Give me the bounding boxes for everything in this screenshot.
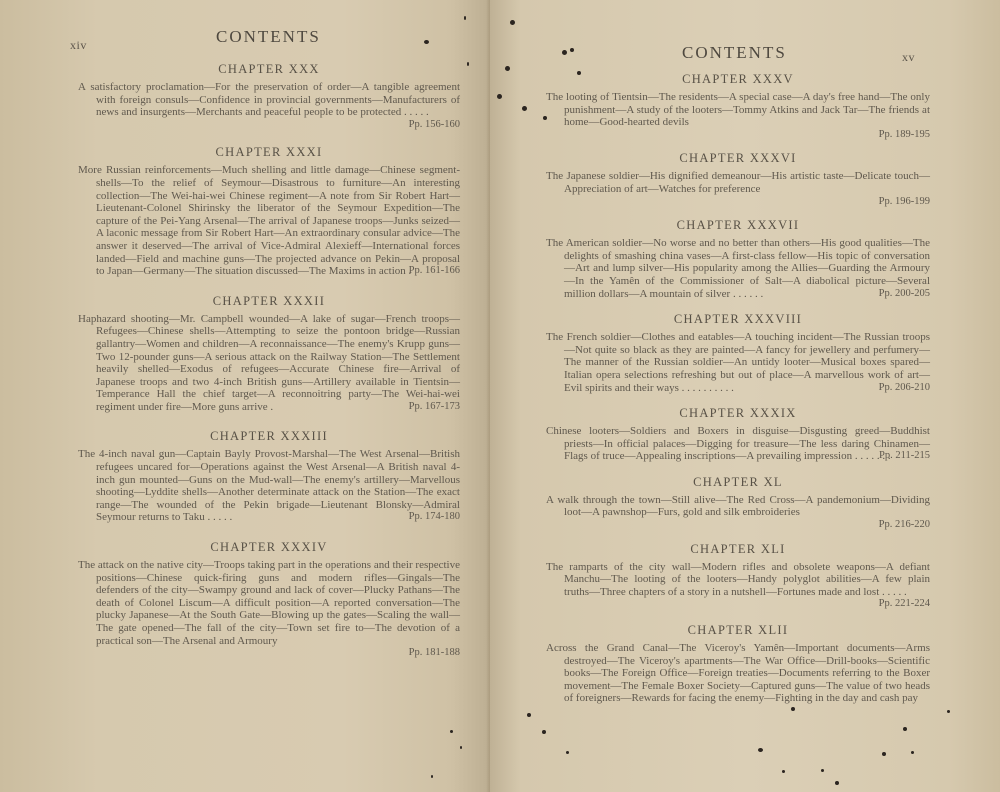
- chapter-synopsis: The attack on the native city—Troops tak…: [78, 559, 460, 660]
- synopsis-text: The attack on the native city—Troops tak…: [78, 559, 460, 647]
- foxing-speck: [947, 710, 950, 713]
- left-page: xiv CONTENTS CHAPTER XXX A satisfactory …: [0, 0, 490, 792]
- synopsis-text: More Russian reinforcements—Much shellin…: [78, 164, 460, 277]
- chapter-entry: CHAPTER XLI The ramparts of the city wal…: [546, 542, 930, 611]
- contents-column-right: CHAPTER XXXV The looting of Tientsin—The…: [546, 72, 930, 715]
- chapter-synopsis: The 4-inch naval gun—Captain Bayly Provo…: [78, 448, 460, 524]
- foxing-speck: [542, 730, 546, 734]
- chapter-entry: CHAPTER XXXVIII The French soldier—Cloth…: [546, 312, 930, 394]
- chapter-title: CHAPTER XXXVI: [546, 151, 930, 166]
- chapter-title: CHAPTER XXXII: [78, 294, 460, 309]
- foxing-speck: [570, 48, 574, 52]
- synopsis-text: Chinese looters—Soldiers and Boxers in d…: [546, 425, 930, 462]
- page-number-left: xiv: [70, 38, 87, 53]
- foxing-speck: [577, 71, 581, 75]
- page-range: Pp. 189-195: [564, 129, 930, 142]
- right-page: CONTENTS xv CHAPTER XXXV The looting of …: [490, 0, 1000, 792]
- chapter-title: CHAPTER XXXI: [78, 145, 460, 160]
- synopsis-text: The American soldier—No worse and no bet…: [546, 237, 930, 299]
- chapter-title: CHAPTER XXXIV: [78, 540, 460, 555]
- chapter-title: CHAPTER XXXVIII: [546, 312, 930, 327]
- chapter-title: CHAPTER XXX: [78, 62, 460, 77]
- chapter-entry: CHAPTER XXXIV The attack on the native c…: [78, 540, 460, 660]
- page-range: Pp. 211-215: [891, 450, 930, 463]
- page-range: Pp. 167-173: [421, 401, 460, 414]
- page-range: Pp. 200-205: [891, 288, 930, 301]
- foxing-speck: [467, 62, 469, 66]
- page-range: Pp. 206-210: [891, 382, 930, 395]
- page-number-right: xv: [902, 50, 915, 65]
- foxing-speck: [911, 751, 914, 754]
- chapter-entry: CHAPTER XXXIX Chinese looters—Soldiers a…: [546, 406, 930, 463]
- chapter-synopsis: The ramparts of the city wall—Modern rif…: [546, 561, 930, 611]
- foxing-speck: [527, 713, 531, 717]
- foxing-speck: [543, 116, 547, 120]
- page-range: Pp. 221-224: [891, 598, 930, 611]
- foxing-speck: [497, 94, 502, 99]
- foxing-speck: [882, 752, 886, 756]
- synopsis-text: The ramparts of the city wall—Modern rif…: [546, 561, 930, 598]
- chapter-entry: CHAPTER XXXVII The American soldier—No w…: [546, 218, 930, 300]
- page-range: Pp. 156-160: [421, 119, 460, 132]
- page-range: Pp. 161-166: [421, 265, 460, 278]
- page-range: Pp. 174-180: [421, 511, 460, 524]
- chapter-entry: CHAPTER XLII Across the Grand Canal—The …: [546, 623, 930, 705]
- chapter-synopsis: The American soldier—No worse and no bet…: [546, 237, 930, 300]
- foxing-speck: [758, 748, 763, 752]
- foxing-speck: [505, 66, 510, 71]
- page-range: Pp. 181-188: [96, 647, 460, 660]
- contents-column-left: CHAPTER XXX A satisfactory proclamation—…: [78, 62, 460, 670]
- foxing-speck: [791, 707, 795, 711]
- chapter-synopsis: Across the Grand Canal—The Viceroy's Yam…: [546, 642, 930, 705]
- foxing-speck: [835, 781, 839, 785]
- foxing-speck: [460, 746, 462, 749]
- foxing-speck: [821, 769, 824, 772]
- synopsis-text: The French soldier—Clothes and eatables—…: [546, 331, 930, 393]
- chapter-synopsis: A satisfactory proclamation—For the pres…: [78, 81, 460, 131]
- chapter-title: CHAPTER XLI: [546, 542, 930, 557]
- chapter-synopsis: The looting of Tientsin—The residents—A …: [546, 91, 930, 141]
- chapter-title: CHAPTER XL: [546, 475, 930, 490]
- chapter-entry: CHAPTER XXXI More Russian reinforcements…: [78, 145, 460, 277]
- synopsis-text: Across the Grand Canal—The Viceroy's Yam…: [546, 642, 930, 704]
- chapter-entry: CHAPTER XXXVI The Japanese soldier—His d…: [546, 151, 930, 208]
- chapter-synopsis: More Russian reinforcements—Much shellin…: [78, 164, 460, 277]
- foxing-speck: [782, 770, 785, 773]
- chapter-synopsis: The French soldier—Clothes and eatables—…: [546, 331, 930, 394]
- foxing-speck: [464, 16, 466, 20]
- synopsis-text: The looting of Tientsin—The residents—A …: [546, 91, 930, 128]
- chapter-synopsis: The Japanese soldier—His dignified demea…: [546, 170, 930, 208]
- synopsis-text: Haphazard shooting—Mr. Campbell wounded—…: [78, 313, 460, 413]
- page-range: Pp. 216-220: [564, 519, 930, 532]
- synopsis-text: The 4-inch naval gun—Captain Bayly Provo…: [78, 448, 460, 523]
- foxing-speck: [566, 751, 569, 754]
- chapter-title: CHAPTER XXXIX: [546, 406, 930, 421]
- chapter-entry: CHAPTER XXXII Haphazard shooting—Mr. Cam…: [78, 294, 460, 414]
- chapter-synopsis: Haphazard shooting—Mr. Campbell wounded—…: [78, 313, 460, 414]
- chapter-title: CHAPTER XLII: [546, 623, 930, 638]
- foxing-speck: [450, 730, 453, 733]
- synopsis-text: A satisfactory proclamation—For the pres…: [78, 81, 460, 118]
- chapter-entry: CHAPTER XXXV The looting of Tientsin—The…: [546, 72, 930, 141]
- chapter-title: CHAPTER XXXV: [546, 72, 930, 87]
- foxing-speck: [424, 40, 429, 44]
- running-head-right: CONTENTS: [682, 43, 787, 63]
- foxing-speck: [431, 775, 433, 778]
- synopsis-text: The Japanese soldier—His dignified demea…: [546, 170, 930, 195]
- foxing-speck: [522, 106, 527, 111]
- foxing-speck: [903, 727, 907, 731]
- foxing-speck: [510, 20, 515, 25]
- synopsis-text: A walk through the town—Still alive—The …: [546, 494, 930, 519]
- chapter-title: CHAPTER XXXVII: [546, 218, 930, 233]
- chapter-title: CHAPTER XXXIII: [78, 429, 460, 444]
- chapter-entry: CHAPTER XL A walk through the town—Still…: [546, 475, 930, 532]
- chapter-synopsis: Chinese looters—Soldiers and Boxers in d…: [546, 425, 930, 463]
- chapter-synopsis: A walk through the town—Still alive—The …: [546, 494, 930, 532]
- book-spread: xiv CONTENTS CHAPTER XXX A satisfactory …: [0, 0, 1000, 792]
- chapter-entry: CHAPTER XXXIII The 4-inch naval gun—Capt…: [78, 429, 460, 524]
- foxing-speck: [562, 50, 567, 55]
- page-range: Pp. 196-199: [564, 196, 930, 209]
- chapter-entry: CHAPTER XXX A satisfactory proclamation—…: [78, 62, 460, 131]
- running-head-left: CONTENTS: [216, 27, 321, 47]
